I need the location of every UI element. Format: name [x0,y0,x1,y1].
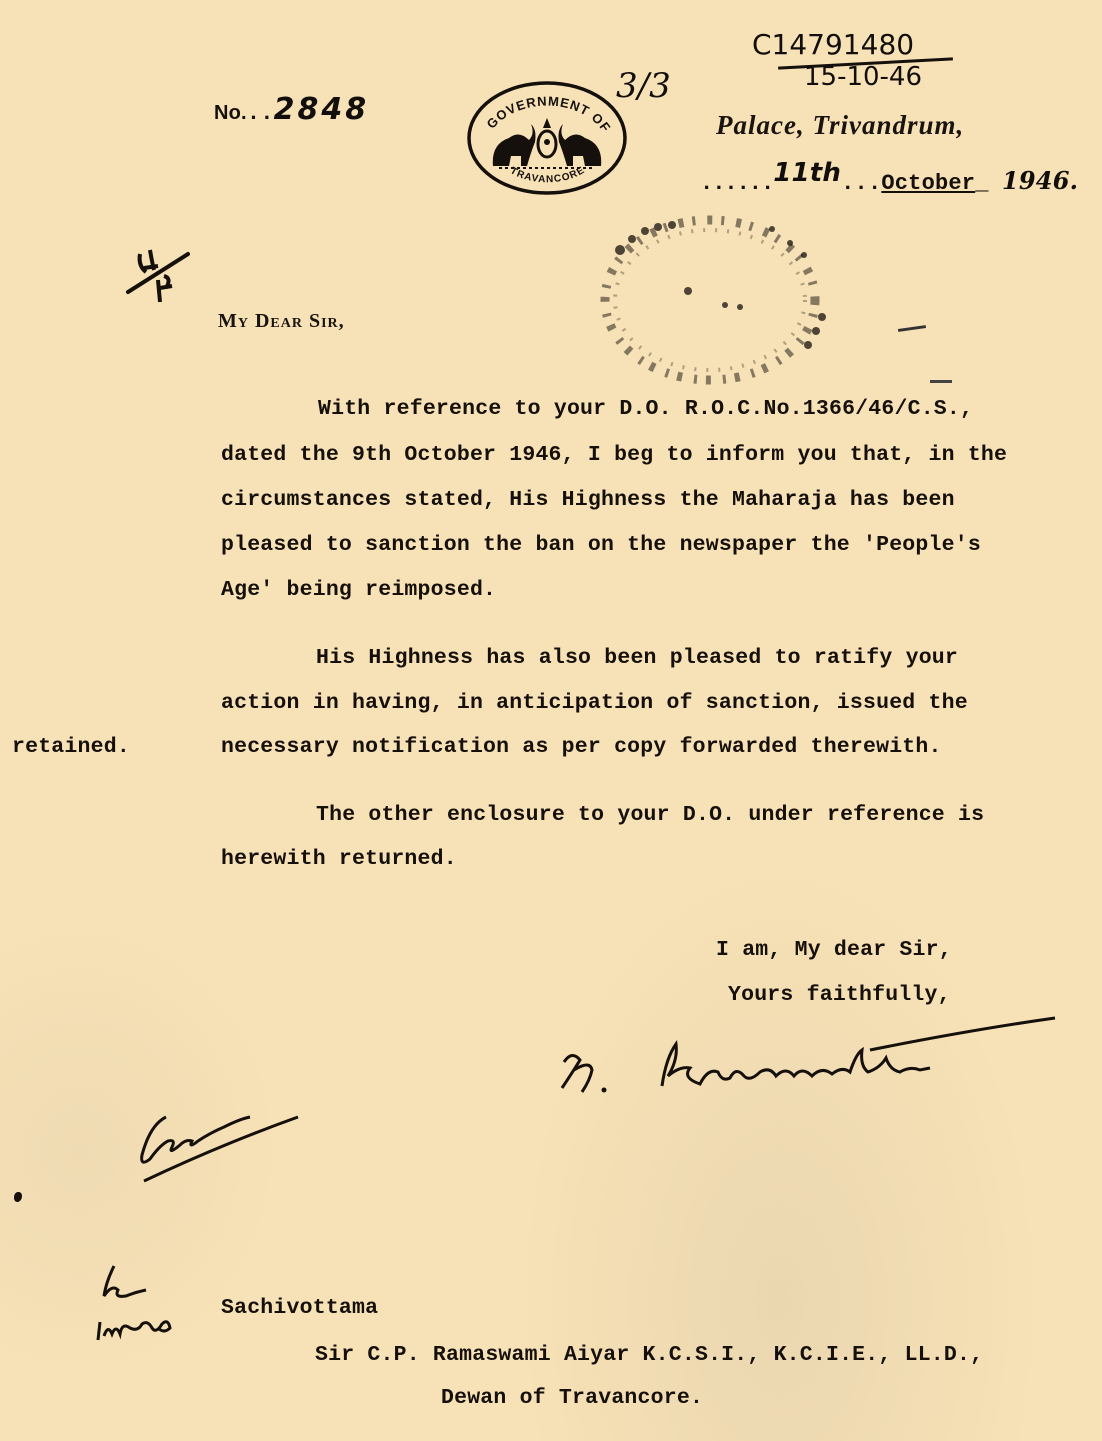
body-line: herewith returned. [221,847,457,871]
body-line: With reference to your D.O. R.O.C.No.136… [318,397,973,421]
handwritten-initials-dated: Ae 14/10 [90,1262,190,1362]
letter-date: ......11th...October_ 1946. [700,166,1078,196]
svg-text:GOVERNMENT OF: GOVERNMENT OF [483,93,614,135]
salutation: My Dear Sir, [218,310,345,333]
body-line: circumstances stated, His Highness the M… [221,488,955,512]
reference-label: No. [214,102,247,124]
body-line: dated the 9th October 1946, I beg to inf… [221,443,1007,467]
ink-dot [14,1192,22,1202]
closing-valediction: Yours faithfully, [728,983,951,1007]
file-number: C14791480 [752,28,914,61]
postmark-stamp-icon [590,205,840,395]
body-line: The other enclosure to your D.O. under r… [316,803,984,827]
date-day: 11th [773,158,841,188]
recipient-title: Sachivottama [221,1296,378,1320]
stray-ink-mark [898,325,926,332]
reference-number-value: 2848 [274,92,370,127]
closing-line: I am, My dear Sir, [716,938,952,962]
handwritten-initials-cpr: CPR [130,1095,310,1195]
date-year: 1946. [1002,166,1078,195]
reference-number: No...2848 [214,92,369,127]
place-line: Palace, Trivandrum, [716,110,964,141]
body-line: Age' being reimposed. [221,578,496,602]
body-line: necessary notification as per copy forwa… [221,735,942,759]
recipient-name: Sir C.P. Ramaswami Aiyar K.C.S.I., K.C.I… [315,1343,983,1367]
letter-page: No...2848 GOVERNMENT OF TRAVANCORE [0,0,1102,1441]
recipient-designation: Dewan of Travancore. [441,1386,703,1410]
seal-annotation: 3/3 [616,66,671,106]
body-line: His Highness has also been pleased to ra… [316,646,958,670]
stray-ink-mark [930,380,952,383]
government-of-travancore-seal-icon: GOVERNMENT OF TRAVANCORE [465,78,629,198]
signature: S. Krishnamurthi [550,1010,1070,1110]
file-date: 15-10-46 [804,62,922,92]
body-line: pleased to sanction the ban on the newsp… [221,533,981,557]
margin-initials-mark: H/4 [124,240,194,310]
margin-note-retained: retained. [12,735,130,759]
body-line: action in having, in anticipation of san… [221,691,968,715]
date-month: October [881,171,975,196]
reference-dots: .. [247,101,274,126]
